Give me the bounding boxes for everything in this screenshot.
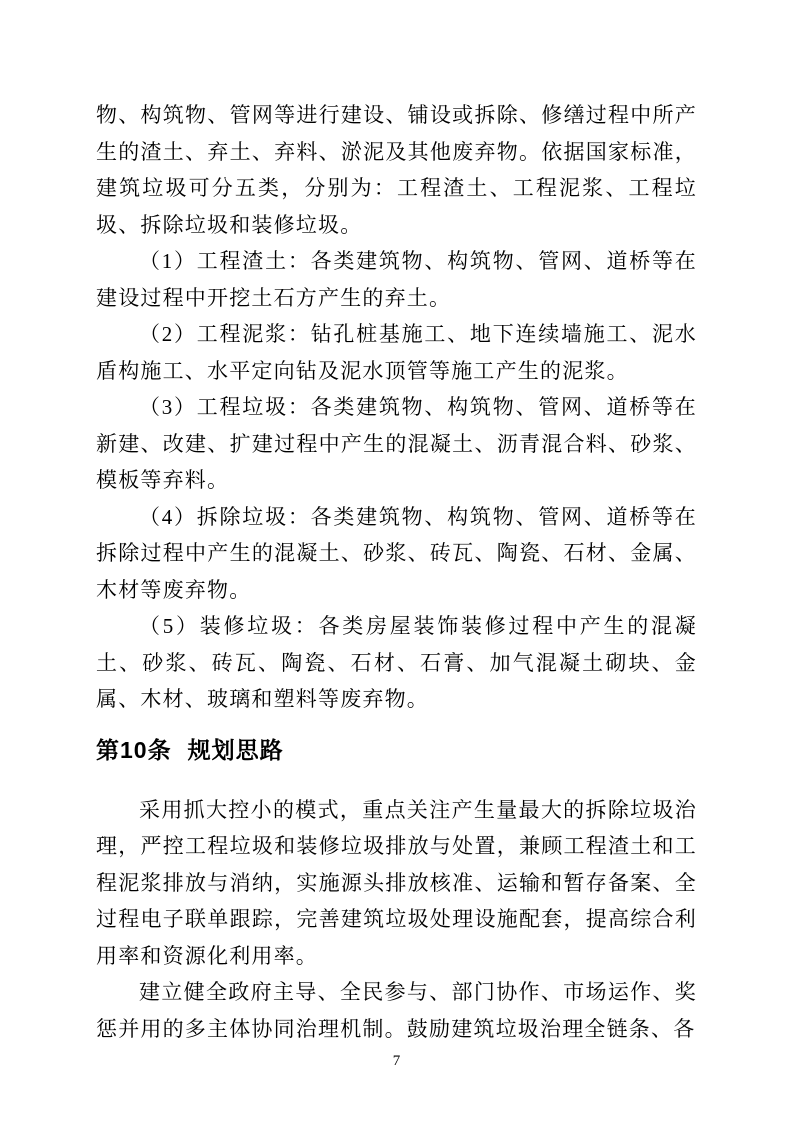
document-page: 物、构筑物、管网等进行建设、铺设或拆除、修缮过程中所产生的渣土、弃土、弃料、淤泥… [0, 0, 793, 1122]
section-paragraph-planning-approach: 采用抓大控小的模式，重点关注产生量最大的拆除垃圾治理，严控工程垃圾和装修垃圾排放… [96, 792, 697, 975]
document-body: 物、构筑物、管网等进行建设、铺设或拆除、修缮过程中所产生的渣土、弃土、弃料、淤泥… [96, 97, 697, 1047]
list-item-engineering-spoil: （1）工程渣土：各类建筑物、构筑物、管网、道桥等在建设过程中开挖土石方产生的弃土… [96, 243, 697, 316]
list-item-engineering-slurry: （2）工程泥浆：钻孔桩基施工、地下连续墙施工、泥水盾构施工、水平定向钻及泥水顶管… [96, 316, 697, 389]
list-item-engineering-waste: （3）工程垃圾：各类建筑物、构筑物、管网、道桥等在新建、改建、扩建过程中产生的混… [96, 389, 697, 499]
section-heading: 第10条规划思路 [96, 733, 697, 767]
paragraph-continuation: 物、构筑物、管网等进行建设、铺设或拆除、修缮过程中所产生的渣土、弃土、弃料、淤泥… [96, 97, 697, 243]
section-heading-number: 第10条 [96, 737, 172, 763]
section-paragraph-governance-mechanism: 建立健全政府主导、全民参与、部门协作、市场运作、奖惩并用的多主体协同治理机制。鼓… [96, 974, 697, 1047]
list-item-demolition-waste: （4）拆除垃圾：各类建筑物、构筑物、管网、道桥等在拆除过程中产生的混凝土、砂浆、… [96, 499, 697, 609]
page-number: 7 [0, 1052, 793, 1070]
section-heading-title: 规划思路 [188, 737, 284, 763]
list-item-decoration-waste: （5）装修垃圾：各类房屋装饰装修过程中产生的混凝土、砂浆、砖瓦、陶瓷、石材、石膏… [96, 608, 697, 718]
